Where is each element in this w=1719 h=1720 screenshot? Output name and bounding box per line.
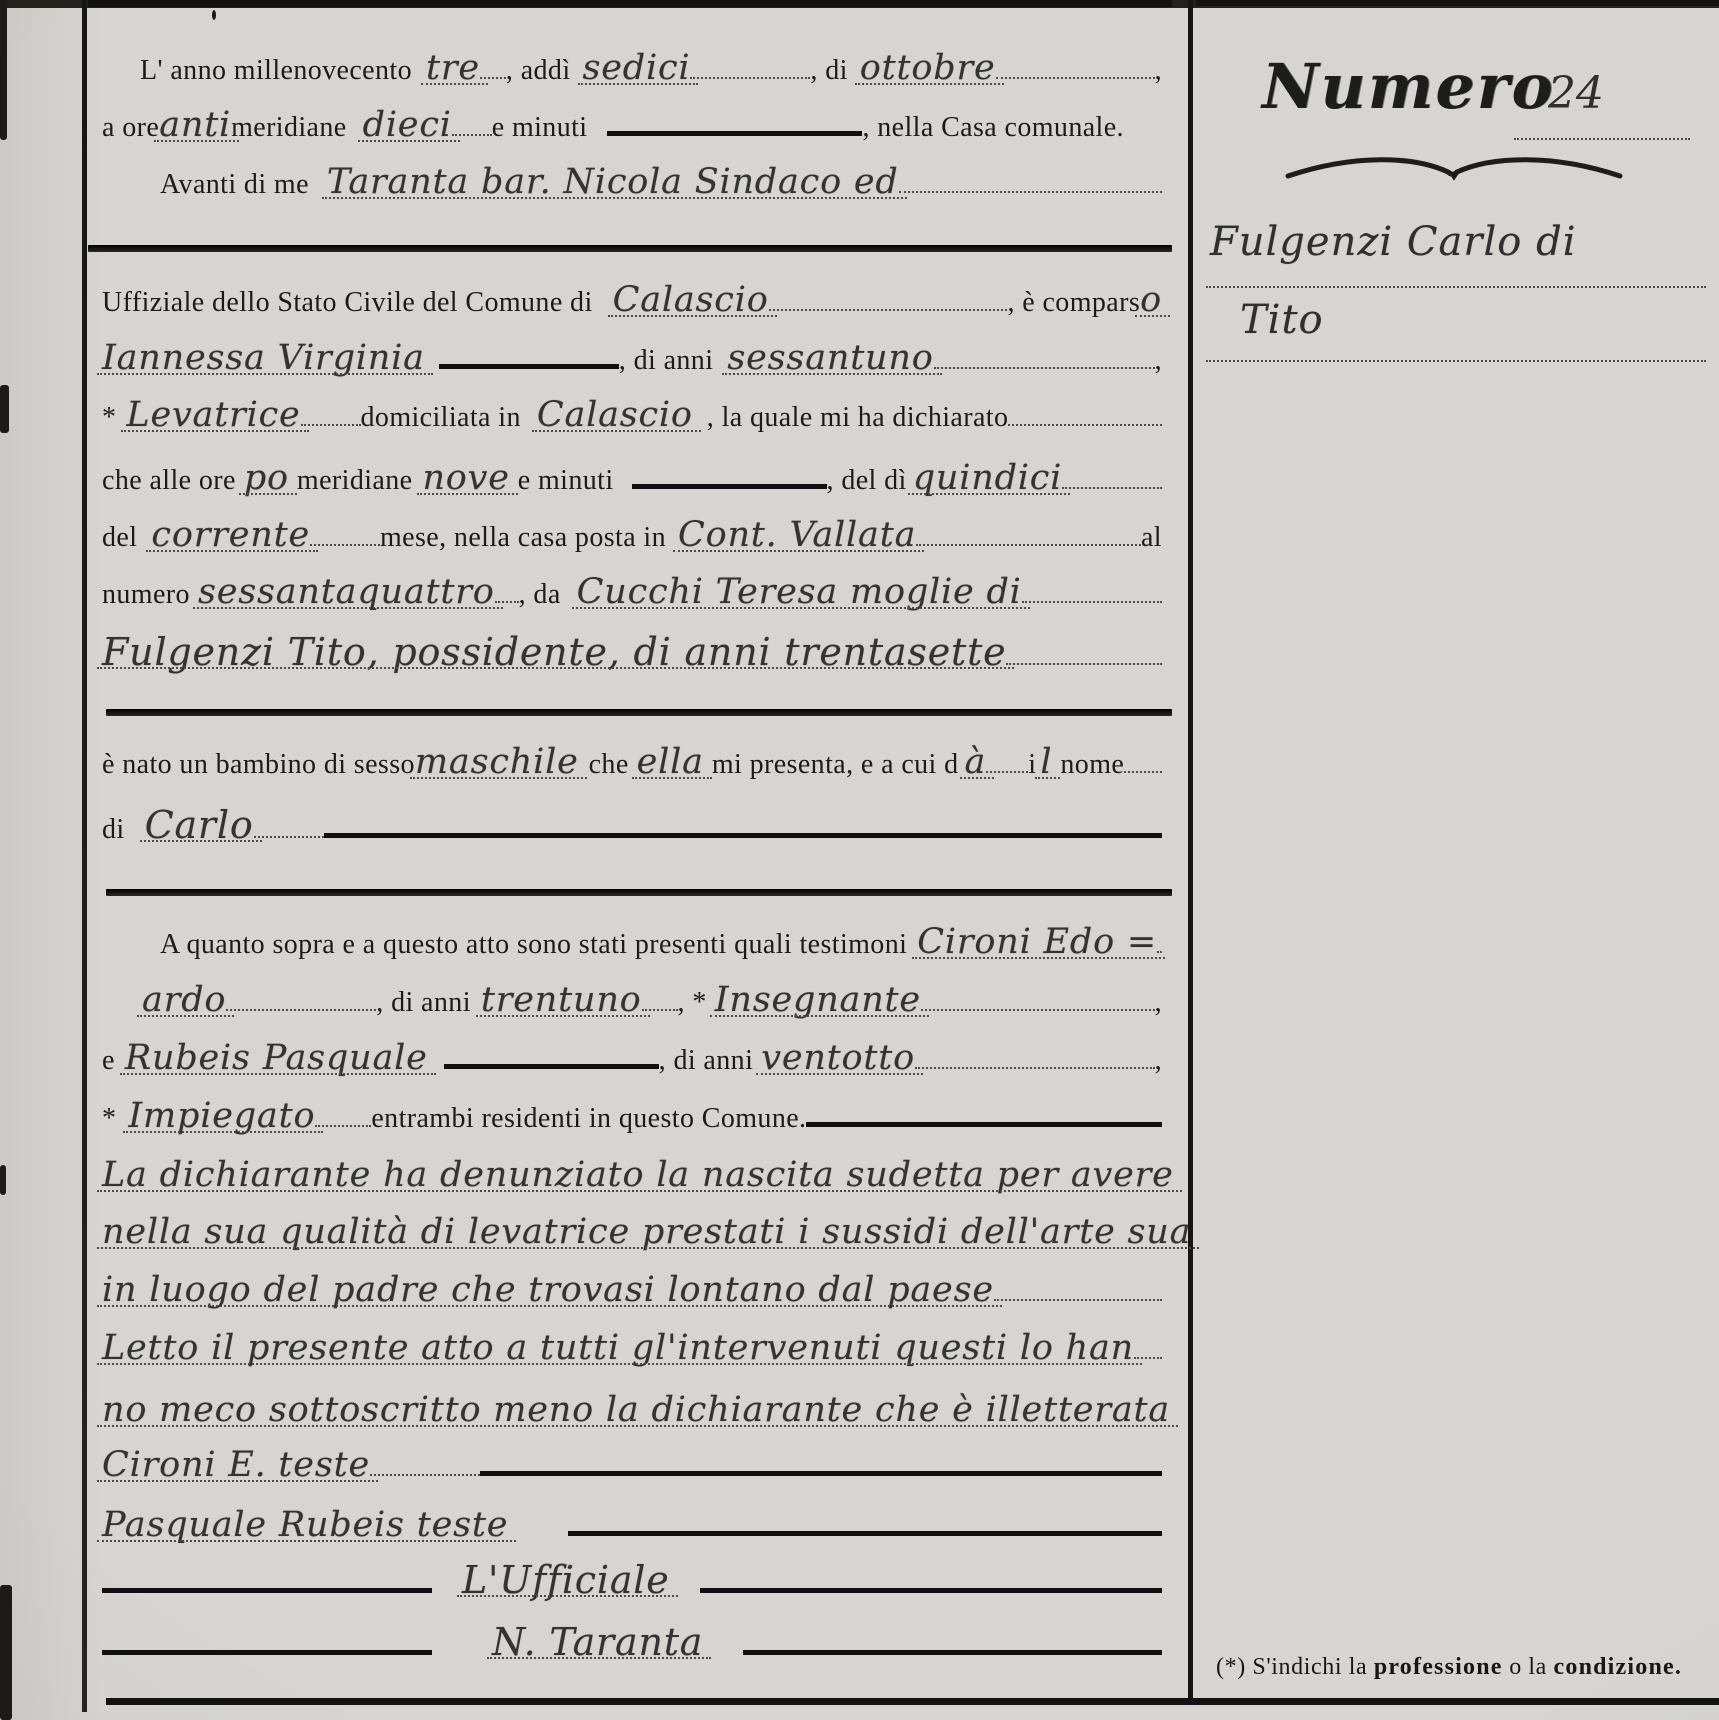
margin-divider-rule [1188, 0, 1193, 1704]
handwritten-presenter: ella [637, 741, 704, 783]
printed-text: i [1028, 744, 1036, 786]
printed-text: , di anni [619, 340, 714, 382]
handwritten-witness2-name: Rubeis Pasquale [125, 1037, 428, 1079]
signature-rule [102, 1588, 432, 1593]
printed-text: mi presenta, e a cui d [712, 744, 959, 786]
signature-official-title: L'Ufficiale [102, 1559, 1162, 1601]
section-rule [88, 245, 1172, 252]
footnote-mid: o la [1503, 1654, 1554, 1680]
form-line-witness1: ardo , di anni trentuno , * Insegnante , [102, 979, 1162, 1021]
form-line-father: Fulgenzi Tito, possidente, di anni trent… [102, 631, 1162, 673]
printed-text: che [589, 744, 629, 786]
act-margin-column: Numero 24 Fulgenzi Carlo di Tito (*) S'i… [1196, 0, 1719, 1712]
printed-text: , [1155, 1040, 1162, 1082]
handwritten-father-name: Fulgenzi Tito, possidente, di anni trent… [102, 631, 1006, 673]
printed-text: , addì [506, 50, 571, 92]
struck-blank [806, 1122, 1162, 1127]
handwritten-hour: dieci [363, 104, 452, 146]
struck-blank [439, 364, 619, 369]
annotation-line: La dichiarante ha denunziato la nascita … [102, 1154, 1162, 1196]
handwritten-child-name: Carlo [145, 804, 254, 846]
printed-text: a ore [102, 107, 159, 149]
printed-text: numero [102, 574, 190, 616]
printed-text: , [1155, 340, 1162, 382]
scan-edge-artifact [0, 1165, 6, 1195]
annotation-line: in luogo del padre che trovasi lontano d… [102, 1269, 1162, 1311]
margin-child-name-line1: Fulgenzi Carlo di [1210, 222, 1577, 262]
printed-text: , [1155, 982, 1162, 1024]
printed-text: e minuti [518, 460, 614, 502]
scan-edge-artifact [0, 0, 7, 140]
handwritten-article-suffix: l [1040, 741, 1052, 783]
numero-dotted-line [1514, 138, 1690, 140]
form-line-witness2-profession: * Impiegato entrambi residenti in questo… [102, 1095, 1162, 1137]
form-line-declarant: Iannessa Virginia , di anni sessantuno , [102, 337, 1162, 379]
scan-edge-artifact [0, 1585, 12, 1720]
margin-dotted-line [1206, 360, 1706, 362]
handwritten-signature: Pasquale Rubeis teste [102, 1504, 508, 1546]
section-rule [106, 709, 1172, 716]
handwritten-annotation: in luogo del padre che trovasi lontano d… [102, 1269, 994, 1311]
handwritten-house-number: sessantaquattro [198, 571, 495, 613]
numero-value: 24 [1548, 72, 1604, 116]
form-line-comune: Uffiziale dello Stato Civile del Comune … [102, 279, 1162, 321]
annotation-line: Letto il presente atto a tutti gl'interv… [102, 1327, 1162, 1369]
handwritten-declarant-age: sessantuno [727, 337, 933, 379]
printed-text: Uffiziale dello Stato Civile del Comune … [102, 282, 593, 324]
left-border-rule [82, 0, 87, 1712]
handwritten-official-name: Taranta bar. Nicola Sindaco ed [327, 161, 899, 203]
handwritten-domicile: Calascio [537, 394, 693, 436]
numero-label: Numero [1262, 56, 1555, 118]
handwritten-year: tre [426, 47, 480, 89]
signature-rule [568, 1531, 1162, 1536]
annotation-line: nella sua qualità di levatrice prestati … [102, 1211, 1162, 1253]
signature-rule [700, 1588, 1162, 1593]
footnote-asterisk: * [102, 397, 116, 439]
signature-official: N. Taranta [102, 1621, 1162, 1663]
printed-text: , [1155, 50, 1162, 92]
handwritten-meridian: anti [159, 104, 231, 146]
printed-text: , la quale mi ha dichiarato [707, 397, 1009, 439]
printed-text: , di anni [376, 982, 471, 1024]
handwritten-declarant-name: Iannessa Virginia [102, 337, 425, 379]
signature-rule [743, 1650, 1162, 1655]
handwritten-address: Cont. Vallata [678, 514, 916, 556]
handwritten-witness1-profession: Insegnante [715, 979, 921, 1021]
annotation-line: no meco sottoscritto meno la dichiarante… [102, 1389, 1162, 1431]
handwritten-annotation: Letto il presente atto a tutti gl'interv… [102, 1327, 1134, 1369]
footnote-prefix: (*) S'indichi la [1216, 1654, 1374, 1680]
handwritten-day: sedici [583, 47, 691, 89]
form-line-birth-hour: che alle ore po meridiane nove e minuti … [102, 457, 1162, 499]
printed-text: al [1141, 517, 1162, 559]
form-line-child-name: di Carlo [102, 804, 1162, 846]
handwritten-annotation: La dichiarante ha denunziato la nascita … [102, 1154, 1174, 1196]
handwritten-witness2-profession: Impiegato [128, 1095, 315, 1137]
handwritten-sex: maschile [415, 741, 579, 783]
handwritten-witness2-age: ventotto [761, 1037, 915, 1079]
printed-text: meridiane [297, 460, 413, 502]
handwritten-annotation: nella sua qualità di levatrice prestati … [102, 1211, 1191, 1253]
handwritten-signature: Cironi E. teste [102, 1444, 370, 1486]
printed-text: , * [678, 982, 707, 1024]
footnote-professione: professione [1374, 1654, 1503, 1680]
handwritten-official-title: L'Ufficiale [462, 1559, 670, 1601]
printed-text: A quanto sopra e a questo atto sono stat… [160, 924, 907, 966]
handwritten-gender-suffix: o [1140, 279, 1162, 321]
handwritten-witness1-part1: Cironi Edo = [917, 921, 1157, 963]
printed-text: Avanti di me [160, 164, 309, 206]
printed-text: nome [1060, 744, 1124, 786]
handwritten-meridian2: po [244, 457, 289, 499]
section-rule [106, 889, 1172, 896]
signature-witness1: Cironi E. teste [102, 1444, 1162, 1486]
printed-text: , è compars [1007, 282, 1140, 324]
decorative-flourish [1284, 148, 1624, 192]
handwritten-witness1-part2: ardo [142, 979, 226, 1021]
handwritten-birth-hour: nove [422, 457, 509, 499]
handwritten-verb-suffix: à [965, 741, 987, 783]
printed-text: , di [810, 50, 847, 92]
printed-text: del [102, 517, 137, 559]
printed-text: e [102, 1040, 115, 1082]
handwritten-witness1-age: trentuno [481, 979, 642, 1021]
handwritten-comune: Calascio [613, 279, 769, 321]
margin-dotted-line [1206, 286, 1706, 288]
printed-text: e minuti [492, 107, 588, 149]
handwritten-month-word: corrente [151, 514, 310, 556]
margin-child-name-line2: Tito [1240, 300, 1324, 340]
footnote-asterisk: * [102, 1098, 116, 1140]
scan-edge-artifact [0, 385, 9, 433]
printed-text: mese, nella casa posta in [380, 517, 666, 559]
footnote: (*) S'indichi la professione o la condiz… [1216, 1652, 1712, 1682]
form-line-month-house: del corrente mese, nella casa posta in C… [102, 514, 1162, 556]
footnote-condizione: condizione. [1554, 1654, 1683, 1680]
form-line-hour: a ore anti meridiane dieci e minuti , ne… [102, 104, 1162, 146]
printed-text: , nella Casa comunale. [862, 107, 1123, 149]
struck-blank [324, 833, 1162, 838]
signature-rule [480, 1471, 1162, 1476]
handwritten-mother-name: Cucchi Teresa moglie di [577, 571, 1022, 613]
handwritten-annotation: no meco sottoscritto meno la dichiarante… [102, 1389, 1170, 1431]
struck-blank [632, 484, 827, 489]
printed-text: , del dì [827, 460, 907, 502]
form-line-profession: * Levatrice domiciliata in Calascio , la… [102, 394, 1162, 436]
signature-witness2: Pasquale Rubeis teste [102, 1504, 1162, 1546]
scanned-birth-record-page: { "colors": {"paper": "#d6d5d1", "ink": … [0, 0, 1719, 1720]
form-line-witness2: e Rubeis Pasquale , di anni ventotto , [102, 1037, 1162, 1079]
printed-text: meridiane [231, 107, 347, 149]
handwritten-official-signature: N. Taranta [492, 1621, 703, 1663]
struck-blank [444, 1064, 659, 1069]
printed-text: , di anni [659, 1040, 754, 1082]
form-line-housenumber-mother: numero sessantaquattro , da Cucchi Teres… [102, 571, 1162, 613]
form-line-witnesses: A quanto sopra e a questo atto sono stat… [102, 921, 1162, 963]
printed-text: L' anno millenovecento [140, 50, 412, 92]
printed-text: entrambi residenti in questo Comune. [371, 1098, 806, 1140]
printed-text: domiciliata in [361, 397, 521, 439]
handwritten-profession: Levatrice [126, 394, 300, 436]
signature-rule [102, 1650, 432, 1655]
act-form-body: L' anno millenovecento tre , addì sedici… [88, 0, 1172, 1712]
struck-blank [607, 131, 862, 136]
printed-text: di [102, 809, 125, 851]
handwritten-month: ottobre [860, 47, 996, 89]
form-line-official: Avanti di me Taranta bar. Nicola Sindaco… [102, 161, 1162, 203]
printed-text: è nato un bambino di sesso [102, 744, 415, 786]
printed-text: che alle ore [102, 460, 236, 502]
form-line-sex: è nato un bambino di sesso maschile che … [102, 741, 1162, 783]
handwritten-birth-day: quindici [913, 457, 1062, 499]
form-line-year: L' anno millenovecento tre , addì sedici… [102, 47, 1162, 89]
printed-text: , da [519, 574, 561, 616]
